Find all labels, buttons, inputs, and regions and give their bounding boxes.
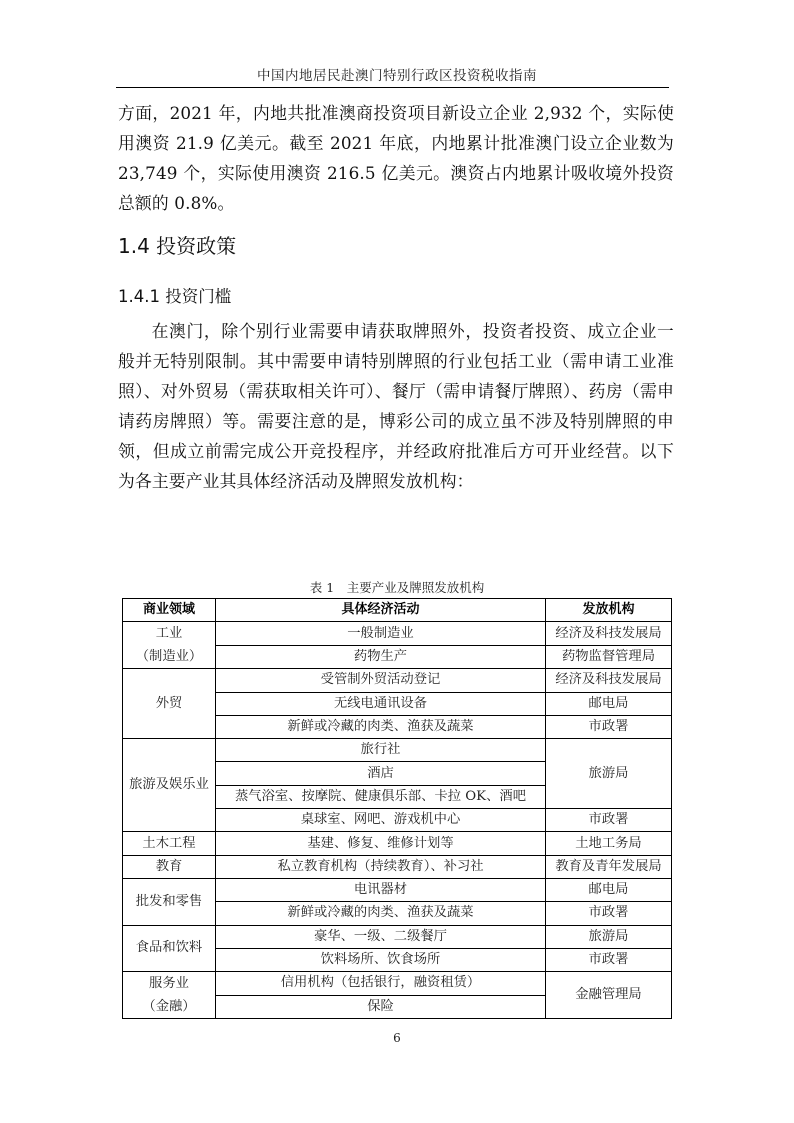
table-row: 土木工程 基建、修复、维修计划等 土地工务局 <box>123 832 672 855</box>
authority-cell-merged: 旅游局 <box>546 739 672 809</box>
authority-cell-merged: 金融管理局 <box>546 972 672 1019</box>
header-cell-domain: 商业领域 <box>123 599 216 622</box>
activity-cell: 豪华、一级、二级餐厅 <box>216 925 546 948</box>
section-heading: 1.4 投资政策 <box>118 230 236 259</box>
domain-cell-finance: 服务业 （金融） <box>123 972 216 1019</box>
industry-license-table: 商业领域 具体经济活动 发放机构 工业 （制造业） 一般制造业 经济及科技发展局… <box>122 598 672 1019</box>
page-number: 6 <box>0 1031 794 1045</box>
table-row: 批发和零售 电讯器材 邮电局 <box>123 878 672 901</box>
table-row: 外贸 受管制外贸活动登记 经济及科技发展局 <box>123 669 672 692</box>
activity-cell: 无线电通讯设备 <box>216 692 546 715</box>
activity-cell: 信用机构（包括银行，融资租赁） <box>216 972 546 996</box>
domain-line: 服务业 <box>123 972 215 995</box>
activity-cell: 电讯器材 <box>216 878 546 901</box>
activity-cell: 保险 <box>216 995 546 1019</box>
domain-line: （制造业） <box>123 645 215 668</box>
table-row: 食品和饮料 豪华、一级、二级餐厅 旅游局 <box>123 925 672 948</box>
domain-cell-food-beverage: 食品和饮料 <box>123 925 216 972</box>
running-header-title: 中国内地居民赴澳门特别行政区投资税收指南 <box>0 64 794 84</box>
authority-cell: 邮电局 <box>546 878 672 901</box>
body-paragraph-intro: 方面，2021 年，内地共批准澳商投资项目新设立企业 2,932 个，实际使用澳… <box>118 98 674 218</box>
activity-cell: 基建、修复、维修计划等 <box>216 832 546 855</box>
activity-cell: 饮料场所、饮食场所 <box>216 948 546 971</box>
activity-cell: 私立教育机构（持续教育）、补习社 <box>216 855 546 878</box>
authority-cell: 药物监督管理局 <box>546 645 672 669</box>
authority-cell: 市政署 <box>546 809 672 832</box>
table-row: 工业 （制造业） 一般制造业 经济及科技发展局 <box>123 622 672 646</box>
table-row: 旅游及娱乐业 旅行社 旅游局 <box>123 739 672 762</box>
paragraph-text: 方面，2021 年，内地共批准澳商投资项目新设立企业 2,932 个，实际使用澳… <box>118 98 674 218</box>
authority-cell: 土地工务局 <box>546 832 672 855</box>
header-divider <box>116 87 669 88</box>
authority-cell: 旅游局 <box>546 925 672 948</box>
activity-cell: 桌球室、网吧、游戏机中心 <box>216 809 546 832</box>
table-row: 服务业 （金融） 信用机构（包括银行，融资租赁） 金融管理局 <box>123 972 672 996</box>
authority-cell: 市政署 <box>546 902 672 925</box>
table-header-row: 商业领域 具体经济活动 发放机构 <box>123 599 672 622</box>
domain-cell-civil-engineering: 土木工程 <box>123 832 216 855</box>
activity-cell: 蒸气浴室、按摩院、健康俱乐部、卡拉 OK、酒吧 <box>216 785 546 808</box>
table-row: 教育 私立教育机构（持续教育）、补习社 教育及青年发展局 <box>123 855 672 878</box>
authority-cell: 邮电局 <box>546 692 672 715</box>
activity-cell: 药物生产 <box>216 645 546 669</box>
domain-cell-wholesale-retail: 批发和零售 <box>123 878 216 925</box>
domain-line: （金融） <box>123 995 215 1018</box>
table-caption: 表 1 主要产业及牌照发放机构 <box>0 578 794 596</box>
activity-cell: 酒店 <box>216 762 546 785</box>
authority-cell: 市政署 <box>546 715 672 738</box>
activity-cell: 旅行社 <box>216 739 546 762</box>
domain-cell-foreign-trade: 外贸 <box>123 669 216 739</box>
activity-cell: 受管制外贸活动登记 <box>216 669 546 692</box>
activity-cell: 一般制造业 <box>216 622 546 646</box>
authority-cell: 市政署 <box>546 948 672 971</box>
activity-cell: 新鲜或冷藏的肉类、渔获及蔬菜 <box>216 715 546 738</box>
domain-cell-industry: 工业 （制造业） <box>123 622 216 669</box>
authority-cell: 经济及科技发展局 <box>546 669 672 692</box>
activity-cell: 新鲜或冷藏的肉类、渔获及蔬菜 <box>216 902 546 925</box>
header-cell-activity: 具体经济活动 <box>216 599 546 622</box>
header-cell-authority: 发放机构 <box>546 599 672 622</box>
authority-cell: 教育及青年发展局 <box>546 855 672 878</box>
domain-line: 工业 <box>123 622 215 645</box>
domain-cell-tourism: 旅游及娱乐业 <box>123 739 216 832</box>
body-paragraph-threshold: 在澳门，除个别行业需要申请获取牌照外，投资者投资、成立企业一般并无特别限制。其中… <box>118 316 674 496</box>
paragraph-text: 在澳门，除个别行业需要申请获取牌照外，投资者投资、成立企业一般并无特别限制。其中… <box>118 316 674 496</box>
authority-cell: 经济及科技发展局 <box>546 622 672 646</box>
domain-cell-education: 教育 <box>123 855 216 878</box>
subsection-heading: 1.4.1 投资门槛 <box>118 283 231 307</box>
